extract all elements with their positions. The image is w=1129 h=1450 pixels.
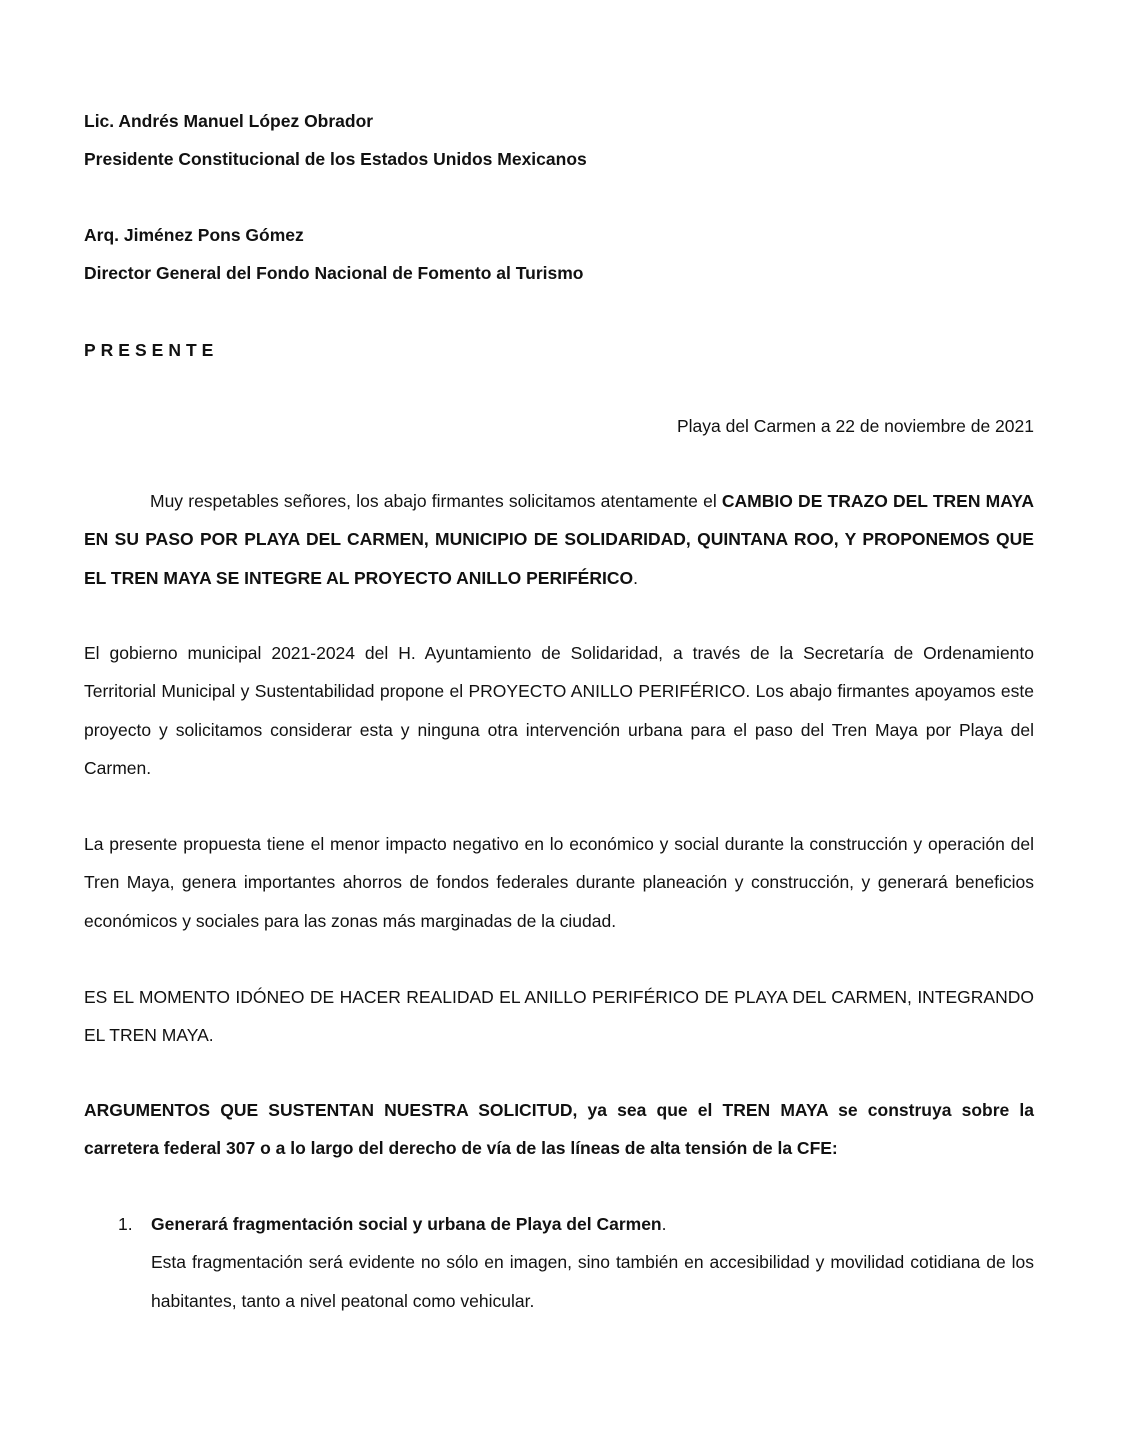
argument-1: Generará fragmentación social y urbana d…: [151, 1205, 1034, 1320]
intro-end: .: [633, 568, 638, 588]
argument-1-title-end: .: [662, 1214, 667, 1234]
intro-plain: Muy respetables señores, los abajo firma…: [150, 491, 722, 511]
salutation: PRESENTE: [84, 339, 218, 361]
paragraph-momento: ES EL MOMENTO IDÓNEO DE HACER REALIDAD E…: [84, 978, 1034, 1055]
argument-1-number: 1.: [118, 1213, 133, 1235]
arguments-heading: ARGUMENTOS QUE SUSTENTAN NUESTRA SOLICIT…: [84, 1091, 1034, 1168]
addressee-2-title: Director General del Fondo Nacional de F…: [84, 262, 583, 284]
place-date: Playa del Carmen a 22 de noviembre de 20…: [677, 415, 1034, 437]
addressee-1-title: Presidente Constitucional de los Estados…: [84, 148, 587, 170]
paragraph-proyecto: El gobierno municipal 2021-2024 del H. A…: [84, 634, 1034, 787]
intro-paragraph: Muy respetables señores, los abajo firma…: [84, 482, 1034, 597]
paragraph-propuesta: La presente propuesta tiene el menor imp…: [84, 825, 1034, 940]
addressee-2-name: Arq. Jiménez Pons Gómez: [84, 224, 304, 246]
argument-1-body: Esta fragmentación será evidente no sólo…: [151, 1243, 1034, 1320]
addressee-1-name: Lic. Andrés Manuel López Obrador: [84, 110, 373, 132]
argument-1-title: Generará fragmentación social y urbana d…: [151, 1214, 662, 1234]
